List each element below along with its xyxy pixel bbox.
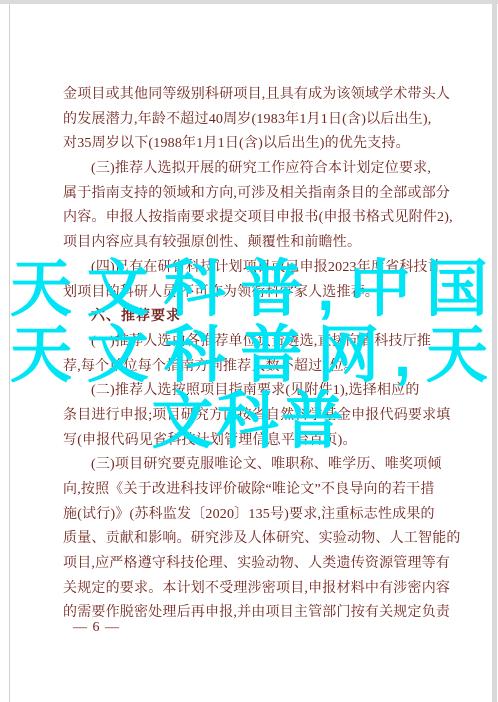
document-line: 项目内容应具有较强原创性、颠覆性和前瞻性。 xyxy=(63,231,437,256)
document-body: 金项目或其他同等级别科研项目,且具有成为该领域学术带头人的发展潜力,年龄不超过4… xyxy=(63,83,437,626)
document-line: 六、推荐要求 xyxy=(63,305,437,330)
document-line: 施(试行)》(苏科监发〔2020〕135号)要求,注重标志性成果的 xyxy=(63,503,437,528)
page-edge-right xyxy=(492,0,497,702)
document-page: 金项目或其他同等级别科研项目,且具有成为该领域学术带头人的发展潜力,年龄不超过4… xyxy=(0,0,498,702)
page-edge-top xyxy=(0,0,498,4)
document-line: 划项目的科研人员,不可作为领衔科学家人选推荐。 xyxy=(63,281,437,306)
document-line: (三)推荐人选拟开展的研究工作应符合本计划定位要求, xyxy=(63,157,437,182)
document-line: 项目,应严格遵守科技伦理、实验动物、人类遗传资源管理等有 xyxy=(63,552,437,577)
document-line: 关规定的要求。本计划不受理涉密项目,申报材料中有涉密内容 xyxy=(63,577,437,602)
page-edge-left xyxy=(9,4,10,702)
document-line: 荐,每个单位每个指南方向推荐人数不超过2位。 xyxy=(63,355,437,380)
document-line: 写(申报代码见省科技计划管理信息平台首页)。 xyxy=(63,429,437,454)
document-line: 属于指南支持的领域和方向,可涉及相关指南条目的全部或部分 xyxy=(63,182,437,207)
document-line: (四)已有在研省科技计划项目或已申报2023年度省科技计 xyxy=(63,256,437,281)
document-line: 内容。申报人按指南要求提交项目申报书(申报书格式见附件2), xyxy=(63,206,437,231)
page-number: — 6 — xyxy=(73,620,120,636)
document-line: 金项目或其他同等级别科研项目,且具有成为该领域学术带头人 xyxy=(63,83,437,108)
document-line: 条目进行申报;项目研究方向按省自然科学基金申报代码要求填 xyxy=(63,404,437,429)
document-line: (二)推荐人选按照项目指南要求(见附件1),选择相应的 xyxy=(63,379,437,404)
document-line: 向,按照《关于改进科技评价破除“唯论文”不良导向的若干措 xyxy=(63,478,437,503)
document-line: 的发展潜力,年龄不超过40周岁(1983年1月1日(含)以后出生), xyxy=(63,108,437,133)
document-line: (一)推荐人选由各推荐单位负责遴选,直接向省科技厅推 xyxy=(63,330,437,355)
document-line: (三)项目研究要克服唯论文、唯职称、唯学历、唯奖项倾 xyxy=(63,453,437,478)
document-line: 质量、贡献和影响。研究涉及人体研究、实验动物、人工智能的 xyxy=(63,527,437,552)
document-line: 对35周岁以下(1988年1月1日(含)以后出生)的优先支持。 xyxy=(63,132,437,157)
